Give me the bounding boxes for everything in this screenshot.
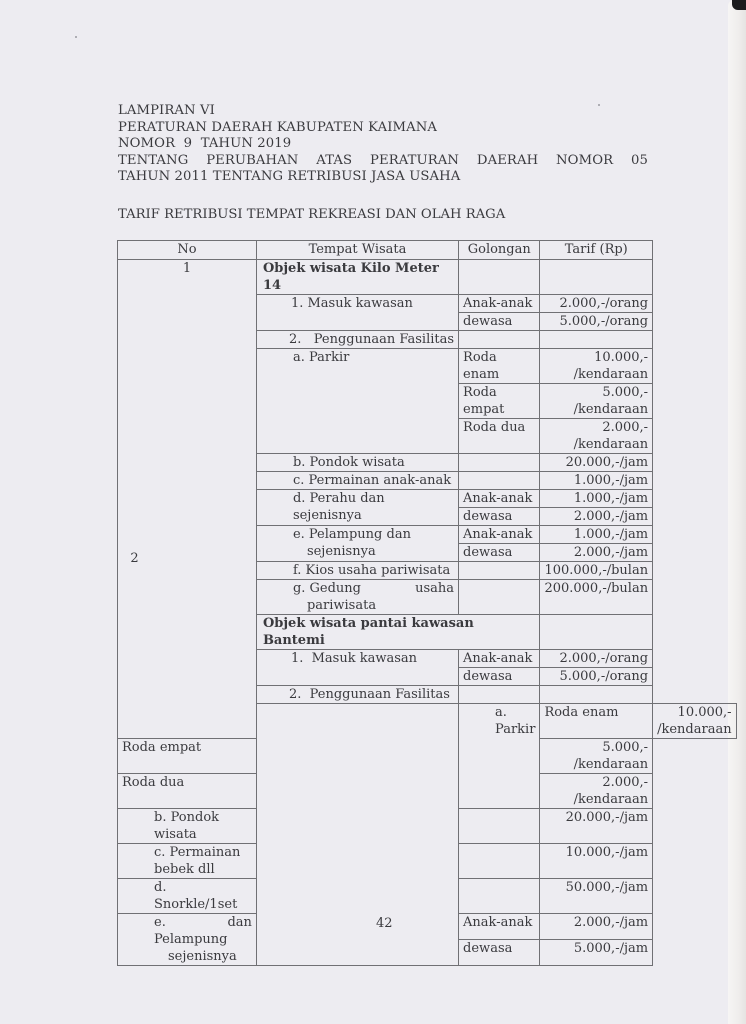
tarif-cell: 2.000,-/orang	[540, 295, 653, 313]
golongan-cell: Anak-anak	[459, 526, 540, 544]
tarif-amount: 10.000,-	[544, 349, 648, 366]
scan-corner	[732, 0, 746, 10]
section-title: Objek wisata Kilo Meter 14	[256, 260, 458, 295]
tarif-cell: 2.000,-/jam	[540, 914, 653, 940]
column-header-golongan: Golongan	[459, 241, 540, 260]
golongan-cell	[459, 331, 540, 349]
golongan-cell: dewasa	[459, 508, 540, 526]
tarif-cell: 1.000,-/jam	[540, 472, 653, 490]
tarif-cell: 1.000,-/jam	[540, 490, 653, 508]
header-line-tentang: TENTANG PERUBAHAN ATAS PERATURAN DAERAH …	[118, 153, 648, 170]
table-row: 1 Objek wisata Kilo Meter 14	[118, 260, 737, 295]
tarif-amount: 10.000,-	[657, 704, 731, 721]
tarif-amount: 5.000,-	[544, 739, 648, 756]
item-label: b. Pondok wisata	[256, 454, 458, 472]
column-header-tempat: Tempat Wisata	[256, 241, 458, 260]
item-label: a. Parkir	[256, 349, 458, 454]
golongan-cell: dewasa	[459, 544, 540, 562]
item-label: c. Permainan anak-anak	[256, 472, 458, 490]
golongan-cell: dewasa	[459, 313, 540, 331]
tarif-cell: 50.000,-/jam	[540, 879, 653, 914]
item-label-text: 1. Masuk kawasan	[263, 651, 417, 666]
tarif-cell: 2.000,-/jam	[540, 508, 653, 526]
table-title: TARIF RETRIBUSI TEMPAT REKREASI DAN OLAH…	[118, 207, 505, 222]
golongan-cell	[459, 686, 540, 704]
tarif-cell: 100.000,-/bulan	[540, 562, 653, 580]
item-label: e. Pelampung dansejenisnya	[256, 526, 458, 562]
item-label: d. Snorkle/1set	[118, 879, 257, 914]
header-line-lampiran: LAMPIRAN VI	[118, 103, 648, 120]
item-label: e. Pelampungdansejenisnya	[118, 914, 257, 966]
word: NOMOR	[556, 153, 613, 170]
golongan-cell	[459, 472, 540, 490]
tarif-amount: 2.000,-	[544, 419, 648, 436]
golongan-cell	[459, 562, 540, 580]
tarif-amount: 5.000,-	[544, 384, 648, 401]
golongan-cell	[459, 580, 540, 615]
golongan-cell: Anak-anak	[459, 490, 540, 508]
golongan-cell: dewasa	[459, 668, 540, 686]
tarif-cell: 20.000,-/jam	[540, 809, 653, 844]
item-label: g. Gedungusahapariwisata	[256, 580, 458, 615]
tarif-cell: 1.000,-/jam	[540, 526, 653, 544]
tarif-cell: 5.000,-/orang	[540, 668, 653, 686]
tarif-cell: 2.000,-/kendaraan	[540, 419, 653, 454]
item-label-word: e. Pelampung	[154, 914, 227, 948]
item-label: f. Kios usaha pariwisata	[256, 562, 458, 580]
tarif-cell	[540, 260, 653, 295]
tarif-cell	[540, 331, 653, 349]
item-label: a. Parkir	[459, 704, 540, 809]
item-label-word: g. Gedung	[293, 580, 361, 597]
tarif-cell: 10.000,-/jam	[540, 844, 653, 879]
item-label-word: usaha	[415, 580, 454, 597]
golongan-cell: Roda enam	[459, 349, 540, 384]
tarif-unit: /kendaraan	[657, 721, 731, 738]
tarif-cell: 5.000,-/kendaraan	[540, 384, 653, 419]
tarif-cell: 5.000,-/jam	[540, 940, 653, 966]
word: PERATURAN	[370, 153, 459, 170]
page-number: 42	[376, 916, 393, 931]
item-label: 1. Masuk kawasan	[256, 295, 458, 331]
tarif-cell: 2.000,-/kendaraan	[540, 774, 653, 809]
golongan-cell: Roda empat	[118, 739, 257, 774]
document-header: LAMPIRAN VI PERATURAN DAERAH KABUPATEN K…	[118, 103, 648, 186]
tarif-cell: 2.000,-/orang	[540, 650, 653, 668]
item-label: b. Pondok wisata	[118, 809, 257, 844]
item-label-line: e. Pelampung dan	[293, 527, 411, 542]
tarif-unit: /kendaraan	[544, 791, 648, 808]
golongan-cell: Roda dua	[118, 774, 257, 809]
word: DAERAH	[477, 153, 538, 170]
tarif-unit: /kendaraan	[544, 436, 648, 453]
golongan-cell: Roda enam	[540, 704, 653, 739]
table-header-row: No Tempat Wisata Golongan Tarif (Rp)	[118, 241, 737, 260]
item-label: 1. Masuk kawasan	[256, 650, 458, 686]
row-number: 1	[118, 260, 257, 313]
item-label-line: sejenisnya	[293, 543, 454, 560]
header-line-nomor: NOMOR 9 TAHUN 2019	[118, 136, 648, 153]
item-label: d. Perahu dan sejenisnya	[256, 490, 458, 526]
item-label-text: 2. Penggunaan Fasilitas	[261, 332, 454, 347]
item-label-line: pariwisata	[293, 597, 454, 614]
item-label-text: 2. Penggunaan Fasilitas	[261, 687, 450, 702]
column-header-tarif: Tarif (Rp)	[540, 241, 653, 260]
item-label-line: sejenisnya	[154, 948, 252, 965]
tarif-cell: 10.000,-/kendaraan	[540, 349, 653, 384]
tarif-unit: /kendaraan	[544, 401, 648, 418]
tarif-amount: 2.000,-	[544, 774, 648, 791]
word: ATAS	[316, 153, 352, 170]
tarif-cell: 10.000,-/kendaraan	[653, 704, 736, 739]
tarif-unit: /kendaraan	[544, 366, 648, 383]
item-label-word: dan	[227, 914, 251, 948]
item-label: 2. Penggunaan Fasilitas	[256, 331, 458, 349]
golongan-cell	[459, 879, 540, 914]
golongan-cell	[459, 844, 540, 879]
row-number-spacer	[118, 313, 257, 739]
row-number-spacer	[256, 704, 458, 966]
golongan-cell: dewasa	[459, 940, 540, 966]
tarif-cell: 5.000,-/kendaraan	[540, 739, 653, 774]
tarif-cell	[540, 686, 653, 704]
golongan-cell: Anak-anak	[459, 295, 540, 313]
tarif-cell: 5.000,-/orang	[540, 313, 653, 331]
word: 05	[631, 153, 648, 170]
tariff-table: No Tempat Wisata Golongan Tarif (Rp) 1 O…	[117, 240, 737, 966]
header-line-tahun: TAHUN 2011 TENTANG RETRIBUSI JASA USAHA	[118, 169, 648, 186]
tarif-unit: /kendaraan	[544, 756, 648, 773]
word: PERUBAHAN	[206, 153, 298, 170]
golongan-cell: Roda empat	[459, 384, 540, 419]
section-title: Objek wisata pantai kawasan Bantemi	[256, 615, 540, 650]
golongan-cell: Roda dua	[459, 419, 540, 454]
golongan-cell	[459, 454, 540, 472]
golongan-cell	[459, 260, 540, 295]
tarif-cell: 200.000,-/bulan	[540, 580, 653, 615]
golongan-cell: Anak-anak	[459, 914, 540, 940]
column-header-no: No	[118, 241, 257, 260]
golongan-cell	[459, 809, 540, 844]
item-label: c. Permainan bebek dll	[118, 844, 257, 879]
scan-speck	[75, 36, 77, 38]
header-line-peraturan: PERATURAN DAERAH KABUPATEN KAIMANA	[118, 120, 648, 137]
word: TENTANG	[118, 153, 188, 170]
item-label: 2. Penggunaan Fasilitas	[256, 686, 458, 704]
tarif-cell: 20.000,-/jam	[540, 454, 653, 472]
tarif-cell	[540, 615, 653, 650]
golongan-cell: Anak-anak	[459, 650, 540, 668]
tarif-cell: 2.000,-/jam	[540, 544, 653, 562]
row-number: 2	[117, 551, 152, 566]
item-label-text: 1. Masuk kawasan	[263, 296, 413, 311]
